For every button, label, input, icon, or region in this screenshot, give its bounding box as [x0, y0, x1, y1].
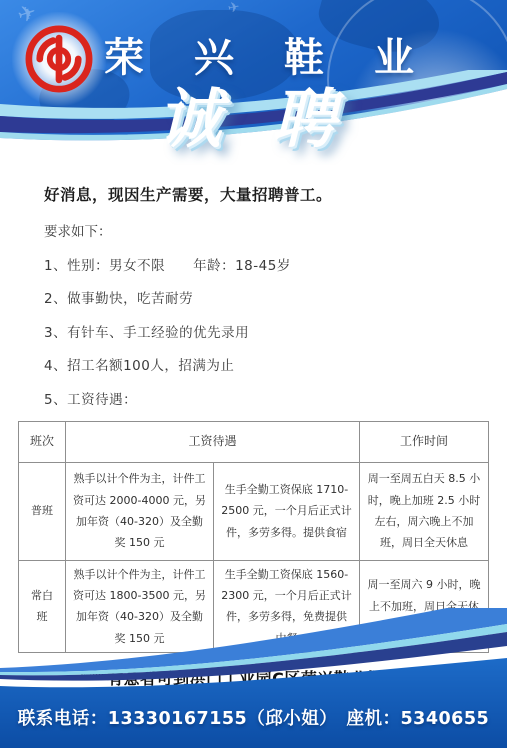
table-row: 普班 熟手以计个件为主，计件工资可达 2000-4000 元，另加年资（40-3…: [18, 462, 488, 560]
requirements-list: 1、性别：男女不限 年龄：18-45岁 2、做事勤快，吃苦耐劳 3、有针车、手工…: [44, 254, 507, 408]
requirement-item: 1、性别：男女不限 年龄：18-45岁: [44, 254, 507, 274]
wage-new-cell: 生手全勤工资保底 1560-2300 元，一个月后正式计件，多劳多得，免费提供中…: [213, 560, 359, 653]
airplane-silhouette-icon: ✈: [227, 0, 241, 17]
requirement-item: 5、工资待遇：: [44, 388, 507, 408]
col-header-hours: 工作时间: [360, 421, 489, 462]
contact-info: 联系电话：13330167155（邱小姐） 座机：5340655: [0, 705, 507, 730]
requirement-item: 3、有针车、手工经验的优先录用: [44, 321, 507, 341]
hours-cell: 周一至周五白天 8.5 小时，晚上加班 2.5 小时左右，周六晚上不加班，周日全…: [360, 462, 489, 560]
table-header-row: 班次 工资待遇 工作时间: [18, 421, 488, 462]
wage-new-cell: 生手全勤工资保底 1710-2500 元，一个月后正式计件，多劳多得。提供食宿: [213, 462, 359, 560]
requirement-item: 2、做事勤快，吃苦耐劳: [44, 287, 507, 307]
requirements-label: 要求如下：: [44, 220, 507, 240]
recruitment-poster: ✈ ✈ 荣兴鞋业 诚 聘 好消息，现因生产需要，大量招聘普工。 要求如下：: [0, 0, 507, 748]
shift-cell: 普班: [18, 462, 65, 560]
col-header-shift: 班次: [18, 421, 65, 462]
shift-cell: 常白班: [18, 560, 65, 653]
poster-header: ✈ ✈ 荣兴鞋业 诚 聘: [0, 0, 507, 165]
poster-body: 好消息，现因生产需要，大量招聘普工。 要求如下： 1、性别：男女不限 年龄：18…: [0, 165, 507, 689]
table-row: 常白班 熟手以计个件为主，计件工资可达 1800-3500 元，另加年资（40-…: [18, 560, 488, 653]
banner-title: 诚 聘: [0, 68, 507, 160]
signup-note: ***有意者可到洪门工业园C区荣兴鞋业报名***: [0, 666, 507, 689]
headline: 好消息，现因生产需要，大量招聘普工。: [44, 183, 507, 205]
hours-cell: 周一至周六 9 小时，晚上不加班，周日全天休息: [360, 560, 489, 653]
wage-table: 班次 工资待遇 工作时间 普班 熟手以计个件为主，计件工资可达 2000-400…: [18, 421, 489, 654]
wage-skilled-cell: 熟手以计个件为主，计件工资可达 1800-3500 元，另加年资（40-320）…: [65, 560, 213, 653]
col-header-wage: 工资待遇: [65, 421, 359, 462]
requirement-item: 4、招工名额100人，招满为止: [44, 354, 507, 374]
wage-skilled-cell: 熟手以计个件为主，计件工资可达 2000-4000 元，另加年资（40-320）…: [65, 462, 213, 560]
